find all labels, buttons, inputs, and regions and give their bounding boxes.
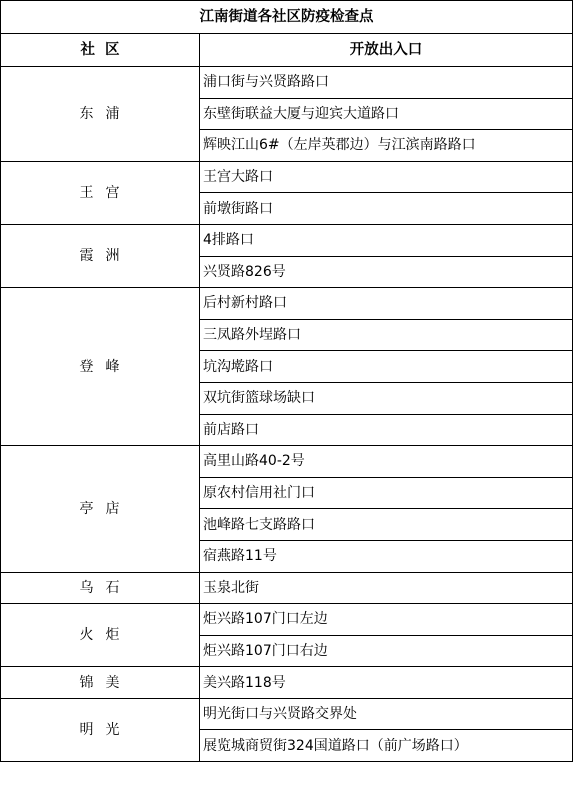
header-entrances: 开放出入口 — [200, 34, 573, 67]
community-name: 登 峰 — [1, 288, 200, 446]
community-name: 明 光 — [1, 698, 200, 761]
table-row: 锦 美美兴路118号 — [1, 667, 573, 699]
entrance-cell: 炬兴路107门口左边 — [200, 604, 573, 636]
entrance-cell: 浦口街与兴贤路路口 — [200, 67, 573, 99]
entrance-cell: 东壁街联益大厦与迎宾大道路口 — [200, 98, 573, 130]
title-row: 江南街道各社区防疫检查点 — [1, 1, 573, 34]
entrance-cell: 4排路口 — [200, 224, 573, 256]
table-row: 乌 石玉泉北街 — [1, 572, 573, 604]
entrance-cell: 美兴路118号 — [200, 667, 573, 699]
community-name: 霞 洲 — [1, 224, 200, 287]
table-row: 霞 洲4排路口 — [1, 224, 573, 256]
entrance-cell: 展览城商贸街324国道路口（前广场路口） — [200, 730, 573, 762]
entrance-cell: 坑沟墘路口 — [200, 351, 573, 383]
header-community: 社 区 — [1, 34, 200, 67]
entrance-cell: 三凤路外埕路口 — [200, 319, 573, 351]
table-row: 登 峰后村新村路口 — [1, 288, 573, 320]
entrance-cell: 前墩街路口 — [200, 193, 573, 225]
community-name: 火 炬 — [1, 604, 200, 667]
entrance-cell: 玉泉北街 — [200, 572, 573, 604]
table-row: 东 浦浦口街与兴贤路路口 — [1, 67, 573, 99]
table-row: 亭 店高里山路40-2号 — [1, 446, 573, 478]
entrance-cell: 辉映江山6#（左岸英郡边）与江滨南路路口 — [200, 130, 573, 162]
entrance-cell: 高里山路40-2号 — [200, 446, 573, 478]
entrance-cell: 双坑街篮球场缺口 — [200, 382, 573, 414]
entrance-cell: 兴贤路826号 — [200, 256, 573, 288]
community-name: 东 浦 — [1, 67, 200, 162]
entrance-cell: 炬兴路107门口右边 — [200, 635, 573, 667]
entrance-cell: 原农村信用社门口 — [200, 477, 573, 509]
entrance-cell: 宿燕路11号 — [200, 540, 573, 572]
entrance-cell: 后村新村路口 — [200, 288, 573, 320]
table-title: 江南街道各社区防疫检查点 — [1, 1, 573, 34]
entrance-cell: 明光街口与兴贤路交界处 — [200, 698, 573, 730]
entrance-cell: 池峰路七支路路口 — [200, 509, 573, 541]
header-row: 社 区 开放出入口 — [1, 34, 573, 67]
table-row: 王 宫王宫大路口 — [1, 161, 573, 193]
checkpoint-table: 江南街道各社区防疫检查点 社 区 开放出入口 东 浦浦口街与兴贤路路口东壁街联益… — [0, 0, 573, 762]
community-name: 亭 店 — [1, 446, 200, 572]
entrance-cell: 前店路口 — [200, 414, 573, 446]
entrance-cell: 王宫大路口 — [200, 161, 573, 193]
community-name: 锦 美 — [1, 667, 200, 699]
community-name: 王 宫 — [1, 161, 200, 224]
table-row: 火 炬炬兴路107门口左边 — [1, 604, 573, 636]
table-row: 明 光明光街口与兴贤路交界处 — [1, 698, 573, 730]
community-name: 乌 石 — [1, 572, 200, 604]
